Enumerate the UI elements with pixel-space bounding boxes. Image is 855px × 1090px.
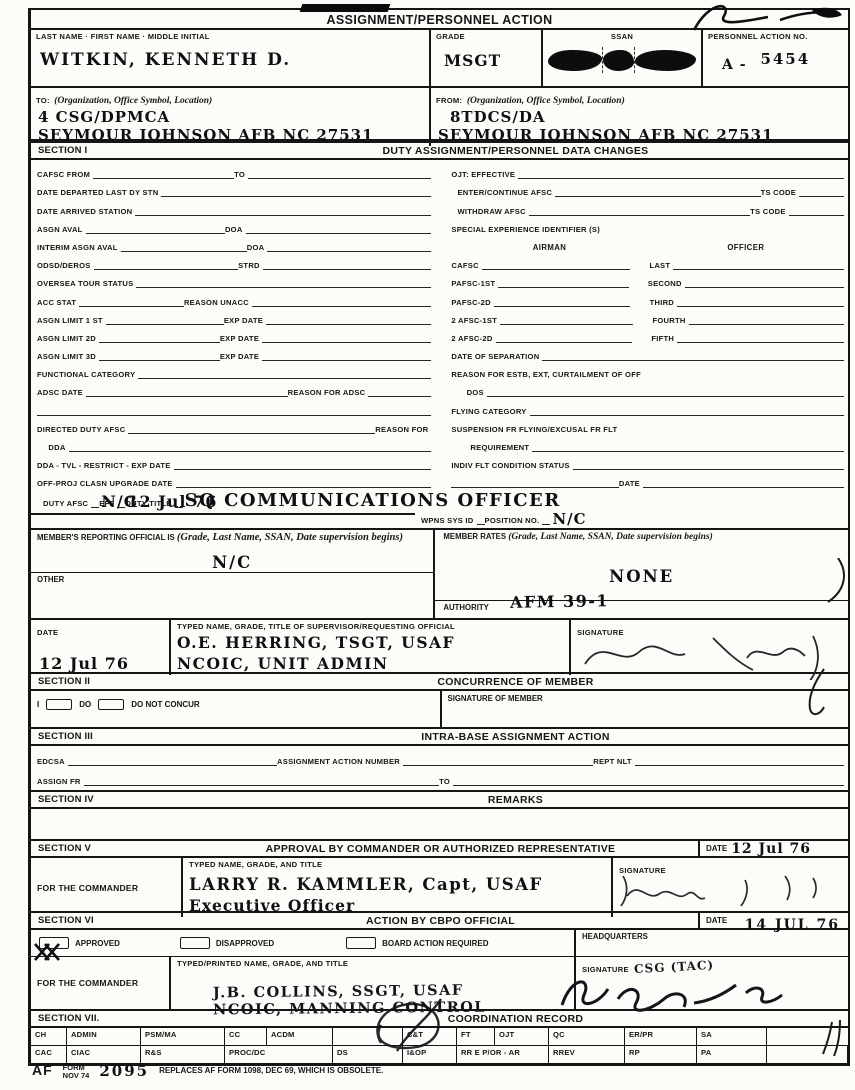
supervisor-name-line1: O.E. HERRING, TSGT, USAF [177, 633, 563, 652]
for-commander-cell: FOR THE COMMANDER [31, 858, 183, 917]
supervisor-signature-cell: SIGNATURE [571, 620, 848, 675]
supervisor-name-label: TYPED NAME, GRADE, TITLE OF SUPERVISOR/R… [177, 622, 563, 631]
field-label: ACC STAT [37, 298, 79, 307]
field-line: DATE [445, 472, 848, 490]
ssan-label: SSAN [548, 32, 696, 41]
form-title: ASSIGNMENT/PERSONNEL ACTION [326, 13, 552, 27]
field-line: DATE ARRIVED STATION [31, 199, 435, 217]
field-blank [673, 269, 844, 270]
field-blank [138, 378, 431, 379]
coordination-cell: RP [625, 1046, 697, 1064]
section4-title: REMARKS [183, 794, 848, 806]
coordination-cell [767, 1028, 848, 1046]
member-rates-label: MEMBER RATES [443, 532, 506, 541]
field-blank [262, 360, 431, 361]
field-line: ASGN AVALDOA [31, 218, 435, 236]
to-from-row: TO: (Organization, Office Symbol, Locati… [31, 88, 848, 141]
supervisor-name-cell: TYPED NAME, GRADE, TITLE OF SUPERVISOR/R… [171, 620, 571, 675]
field-blank [161, 196, 431, 197]
field-blank [555, 196, 760, 197]
concur-options: I DO DO NOT CONCUR [37, 699, 434, 710]
field-label: SPECIAL EXPERIENCE IDENTIFIER (S) [451, 225, 603, 234]
field-label: DATE OF SEPARATION [451, 352, 542, 361]
field-line [31, 399, 435, 417]
field-blank [530, 415, 844, 416]
form-edition-date: NOV 74 [63, 1072, 90, 1080]
supervisor-signature [577, 630, 827, 680]
from-org: 8TDCS/DA [450, 109, 843, 126]
to-cell: TO: (Organization, Office Symbol, Locati… [31, 88, 431, 146]
for-commander-cell: FOR THE COMMANDER [31, 957, 171, 1009]
do-not-concur-label: DO NOT CONCUR [131, 700, 199, 709]
field-line: REASON FOR ESTB, EXT, CURTAILMENT OF OFF [445, 363, 848, 381]
supervisor-date-cell: DATE 12 Jul 76 [31, 620, 171, 675]
field-label: TS CODE [750, 207, 789, 216]
field-label: DDA [37, 443, 69, 452]
field-blank [128, 433, 375, 434]
section5-date-value: 12 Jul 76 [731, 841, 811, 857]
grade-cell: GRADE MSGT [431, 30, 543, 86]
section4-header: SECTION IV REMARKS [31, 790, 848, 809]
personnel-action-no-value: A - 5454 [708, 55, 843, 73]
coordination-cell [333, 1028, 403, 1046]
field-label: DATE ARRIVED STATION [37, 207, 135, 216]
other-label: OTHER [37, 575, 64, 584]
from-label: FROM: [436, 96, 462, 105]
section7-header: SECTION VII. COORDINATION RECORD [31, 1009, 848, 1028]
personnel-action-no-label: PERSONNEL ACTION NO. [708, 32, 843, 41]
field-label: CAFSC FROM [37, 170, 93, 179]
cbpo-signature [546, 969, 846, 1013]
field-label: EXP DATE [220, 352, 262, 361]
coordination-table: CHADMINPSM/MACCACDMC&TFTOJTQCER/PRSACACC… [31, 1028, 848, 1064]
coordination-cell: C&T [403, 1028, 457, 1046]
field-line: SUSPENSION FR FLYING/EXCUSAL FR FLT [445, 418, 848, 436]
section5-title: APPROVAL BY COMMANDER OR AUTHORIZED REPR… [183, 843, 698, 855]
field-blank [267, 251, 431, 252]
field-label: ASSIGNMENT ACTION NUMBER [277, 757, 403, 766]
field-line: 2 AFSC-1STFOURTH [445, 309, 848, 327]
form-footer: AF FORM NOV 74 2095 REPLACES AF FORM 109… [32, 1062, 383, 1080]
field-label: DOS [451, 388, 486, 397]
coordination-cell: RREV [549, 1046, 625, 1064]
field-blank [451, 487, 618, 488]
field-blank [176, 487, 432, 488]
field-blank [482, 269, 630, 270]
cbpo-options: APPROVED DISAPPROVED BOARD ACTION REQUIR… [31, 930, 576, 956]
supervisor-date-value: 12 Jul 76 [39, 654, 129, 673]
coordination-cell: I&OP [403, 1046, 457, 1064]
field-blank [94, 269, 239, 270]
to-location: SEYMOUR JOHNSON AFB NC 27531 [38, 127, 424, 144]
grade-value: MSGT [444, 51, 536, 70]
field-blank: N/C [542, 524, 550, 525]
do-concur-checkbox [46, 699, 72, 710]
date-label: DATE [37, 628, 58, 637]
field-blank [685, 287, 844, 288]
reporting-official-hint: (Grade, Last Name, SSAN, Date supervisio… [177, 532, 403, 543]
field-label: ENTER/CONTINUE AFSC [451, 188, 555, 197]
section5-label: SECTION V [31, 843, 183, 854]
field-label: OVERSEA TOUR STATUS [37, 279, 136, 288]
field-label: ASGN AVAL [37, 225, 86, 234]
field-blank [266, 324, 431, 325]
coordination-cell: PSM/MA [141, 1028, 225, 1046]
grade-label: GRADE [436, 32, 536, 41]
section5-content: FOR THE COMMANDER TYPED NAME, GRADE, AND… [31, 858, 848, 911]
member-rates-cell: MEMBER RATES (Grade, Last Name, SSAN, Da… [435, 530, 848, 600]
field-line: CAFSCLAST [445, 254, 848, 272]
field-blank [498, 287, 628, 288]
member-signature-label: SIGNATURE OF MEMBER [448, 694, 543, 703]
form-number: 2095 [99, 1062, 149, 1080]
field-blank [799, 196, 844, 197]
commander-name-line1: LARRY R. KAMMLER, Capt, USAF [189, 875, 605, 894]
field-blank [789, 215, 844, 216]
cbpo-name-row: FOR THE COMMANDER TYPED/PRINTED NAME, GR… [31, 956, 848, 1009]
field-line: FUNCTIONAL CATEGORY [31, 363, 435, 381]
coordination-cell: ER/PR [625, 1028, 697, 1046]
field-label: INTERIM ASGN AVAL [37, 243, 121, 252]
signature-label: SIGNATURE [577, 628, 624, 637]
field-label: DOA [247, 243, 268, 252]
field-blank: SQ COMMUNICATIONS OFFICER [175, 507, 183, 508]
field-label: REASON FOR [375, 425, 431, 434]
field-line: SPECIAL EXPERIENCE IDENTIFIER (S) [445, 218, 848, 236]
field-blank [68, 765, 277, 766]
field-line: REQUIREMENT [445, 436, 848, 454]
field-blank [248, 178, 431, 179]
field-blank [635, 765, 844, 766]
field-line: DUTY AFSCN/CEFF12 Jul 76DUTY TITLESQ COM… [37, 492, 187, 510]
section7-title: COORDINATION RECORD [183, 1013, 848, 1025]
field-label: REASON UNACC [184, 298, 252, 307]
field-label: ODSD/DEROS [37, 261, 94, 270]
field-blank [99, 360, 220, 361]
field-line: CAFSC FROMTO [31, 163, 435, 181]
field-line: DATE DEPARTED LAST DY STN [31, 181, 435, 199]
concur-i-label: I [37, 700, 39, 709]
ssan-redactions [548, 47, 696, 73]
commander-name-label: TYPED NAME, GRADE, AND TITLE [189, 860, 605, 869]
field-blank [368, 396, 431, 397]
field-blank [487, 396, 844, 397]
field-line: ASSIGN FRTO [31, 768, 848, 788]
field-line: ASGN LIMIT 3DEXP DATE [31, 345, 435, 363]
field-blank [677, 306, 844, 307]
field-line: DDA - TVL - RESTRICT - EXP DATE [31, 454, 435, 472]
section1-label: SECTION I [31, 145, 183, 156]
wpns-row: WPNS SYS IDPOSITION NO.N/C [31, 513, 848, 528]
board-option: BOARD ACTION REQUIRED [346, 937, 488, 949]
redaction-blob [548, 50, 602, 71]
field-blank [573, 469, 844, 470]
section1-left-column: CAFSC FROMTODATE DEPARTED LAST DY STNDAT… [31, 160, 435, 490]
field-blank [106, 324, 224, 325]
field-blank [518, 178, 844, 179]
field-blank: 12 Jul 76 [117, 507, 125, 508]
board-checkbox [346, 937, 376, 949]
field-blank [532, 451, 844, 452]
member-rates-hint: (Grade, Last Name, SSAN, Date supervisio… [508, 532, 713, 542]
member-left: MEMBER'S REPORTING OFFICIAL IS (Grade, L… [31, 530, 435, 618]
field-blank [135, 215, 431, 216]
field-line: ODSD/DEROSSTRD [31, 254, 435, 272]
coordination-cell: SA [697, 1028, 767, 1046]
form-title-row: ASSIGNMENT/PERSONNEL ACTION [31, 10, 848, 30]
field-blank [263, 269, 432, 270]
field-blank [174, 469, 432, 470]
field-blank [529, 215, 750, 216]
member-area: MEMBER'S REPORTING OFFICIAL IS (Grade, L… [31, 528, 848, 618]
personnel-action-no-cell: PERSONNEL ACTION NO. A - 5454 [703, 30, 848, 86]
field-label: DIRECTED DUTY AFSC [37, 425, 128, 434]
field-blank [246, 233, 432, 234]
field-label: 2 AFSC-2D [451, 334, 495, 343]
field-blank [84, 785, 439, 786]
for-commander-label: FOR THE COMMANDER [37, 978, 138, 988]
remarks-box [31, 809, 848, 839]
from-location: SEYMOUR JOHNSON AFB NC 27531 [438, 127, 843, 144]
authority-label: AUTHORITY [443, 603, 488, 612]
authority-value: AFM 39-1 [510, 592, 609, 613]
field-blank [542, 360, 844, 361]
section2-title: CONCURRENCE OF MEMBER [183, 676, 848, 688]
field-label: 2 AFSC-1ST [451, 316, 500, 325]
reporting-official-value: N/C [31, 553, 433, 572]
commander-name-cell: TYPED NAME, GRADE, AND TITLE LARRY R. KA… [183, 858, 613, 917]
field-blank [500, 324, 633, 325]
cbpo-date-stamp: 14 JUL 76 [745, 917, 840, 933]
coordination-cell: QC [549, 1028, 625, 1046]
pan-number: 5454 [760, 50, 810, 68]
field-line: ASGN LIMIT 2DEXP DATE [31, 327, 435, 345]
field-label: REASON FOR ADSC [288, 388, 369, 397]
field-label: STRD [238, 261, 263, 270]
field-line: INTERIM ASGN AVALDOA [31, 236, 435, 254]
field-label: TO [234, 170, 248, 179]
section3-label: SECTION III [31, 731, 183, 742]
disapproved-label: DISAPPROVED [216, 939, 274, 948]
to-org: 4 CSG/DPMCA [38, 109, 424, 126]
redaction-blob [603, 50, 634, 71]
field-label: DATE DEPARTED LAST DY STN [37, 188, 161, 197]
field-label: OFF-PROJ CLASN UPGRADE DATE [37, 479, 176, 488]
field-line: ENTER/CONTINUE AFSCTS CODE [445, 181, 848, 199]
field-label: ASGN LIMIT 3D [37, 352, 99, 361]
cbpo-signature-cell: SIGNATURE CSG (TAC) [576, 957, 848, 1009]
disapproved-checkbox [180, 937, 210, 949]
field-blank [477, 524, 485, 525]
field-line: 2 AFSC-2DFIFTH [445, 327, 848, 345]
section2-label: SECTION II [31, 676, 183, 687]
authority-cell: AUTHORITY AFM 39-1 [435, 600, 848, 618]
rule-spacer [31, 513, 415, 516]
field-line: OVERSEA TOUR STATUS [31, 272, 435, 290]
field-blank [93, 178, 234, 179]
field-line: WITHDRAW AFSCTS CODE [445, 199, 848, 217]
field-label: DDA - TVL - RESTRICT - EXP DATE [37, 461, 174, 470]
scan-ink-smudge [300, 4, 391, 12]
column-heading: AIRMAN [451, 243, 647, 252]
board-label: BOARD ACTION REQUIRED [382, 939, 488, 948]
field-label: REASON FOR ESTB, EXT, CURTAILMENT OF OFF [451, 370, 644, 379]
field-line: DATE OF SEPARATION [445, 345, 848, 363]
section5-date-cell: DATE 12 Jul 76 [698, 841, 848, 856]
field-line: INDIV FLT CONDITION STATUS [445, 454, 848, 472]
field-label: FLYING CATEGORY [451, 407, 529, 416]
section6-date-label: DATE [706, 916, 727, 925]
form-edition: FORM NOV 74 [63, 1064, 90, 1080]
af-form-2095: ASSIGNMENT/PERSONNEL ACTION LAST NAME · … [28, 8, 850, 1066]
field-blank [86, 233, 225, 234]
field-label: TS CODE [761, 188, 800, 197]
field-label: LAST [649, 261, 673, 270]
typed-value: N/C [552, 510, 586, 528]
field-blank [79, 306, 184, 307]
field-label: WPNS SYS ID [421, 516, 477, 525]
field-label: DOA [225, 225, 246, 234]
coordination-cell: CH [31, 1028, 67, 1046]
headquarters-label: HEADQUARTERS [582, 932, 648, 941]
field-label: REPT NLT [593, 757, 635, 766]
to-label: TO: [36, 96, 50, 105]
field-blank [86, 396, 288, 397]
field-label: PAFSC-2D [451, 298, 493, 307]
field-line: OJT: EFFECTIVE [445, 163, 848, 181]
disapproved-option: DISAPPROVED [180, 937, 274, 949]
field-line: ASGN LIMIT 1 STEXP DATE [31, 309, 435, 327]
field-label: FOURTH [652, 316, 688, 325]
field-label: SUSPENSION FR FLYING/EXCUSAL FR FLT [451, 425, 620, 434]
member-right: MEMBER RATES (Grade, Last Name, SSAN, Da… [435, 530, 848, 618]
coordination-cell: ACDM [267, 1028, 333, 1046]
section7-label: SECTION VII. [31, 1013, 183, 1024]
field-blank [496, 342, 633, 343]
field-label: FIFTH [651, 334, 677, 343]
headquarters-cell: HEADQUARTERS 14 JUL 76 [576, 930, 848, 956]
coordination-cell: PA [697, 1046, 767, 1064]
field-label: CAFSC [451, 261, 481, 270]
field-blank [262, 342, 431, 343]
field-label: WITHDRAW AFSC [451, 207, 528, 216]
field-label: ASGN LIMIT 2D [37, 334, 99, 343]
member-signature-cell: SIGNATURE OF MEMBER [440, 691, 849, 727]
field-line: OFF-PROJ CLASN UPGRADE DATE [31, 472, 435, 490]
coordination-cell: ADMIN [67, 1028, 141, 1046]
do-not-concur-checkbox [98, 699, 124, 710]
field-line: DIRECTED DUTY AFSCREASON FOR [31, 418, 435, 436]
section4-label: SECTION IV [31, 794, 183, 805]
field-line: EDCSAASSIGNMENT ACTION NUMBERREPT NLT [31, 748, 848, 768]
field-label: EDCSA [37, 757, 68, 766]
section1-right-column: OJT: EFFECTIVEENTER/CONTINUE AFSCTS CODE… [435, 160, 848, 490]
field-line: WPNS SYS IDPOSITION NO.N/C [415, 509, 554, 527]
csg-tac-stamp: CSG (TAC) [634, 958, 715, 976]
field-blank [252, 306, 431, 307]
field-blank [689, 324, 844, 325]
field-label: REQUIREMENT [451, 443, 532, 452]
section3-lines: EDCSAASSIGNMENT ACTION NUMBERREPT NLTASS… [31, 746, 848, 790]
field-label: EXP DATE [224, 316, 266, 325]
section5-date-label: DATE [706, 844, 727, 853]
cbpo-name-label: TYPED/PRINTED NAME, GRADE, AND TITLE [177, 959, 568, 968]
wpns-line: WPNS SYS IDPOSITION NO.N/C [415, 509, 848, 528]
scanned-form-page: ASSIGNMENT/PERSONNEL ACTION LAST NAME · … [0, 0, 855, 1090]
field-label: POSITION NO. [485, 516, 543, 525]
redaction-blob [635, 50, 696, 71]
cbpo-name-cell: TYPED/PRINTED NAME, GRADE, AND TITLE J.B… [171, 957, 576, 1009]
agency-label: AF [32, 1062, 53, 1078]
section1-title: DUTY ASSIGNMENT/PERSONNEL DATA CHANGES [183, 145, 848, 157]
section5-header: SECTION V APPROVAL BY COMMANDER OR AUTHO… [31, 839, 848, 858]
coordination-cell: CC [225, 1028, 267, 1046]
section1-fields: CAFSC FROMTODATE DEPARTED LAST DY STNDAT… [31, 160, 848, 490]
field-line: ADSC DATEREASON FOR ADSC [31, 381, 435, 399]
field-label: FUNCTIONAL CATEGORY [37, 370, 138, 379]
member-rates-value: NONE [435, 567, 848, 586]
approved-checkbox [39, 937, 69, 949]
cbpo-checkbox-row: APPROVED DISAPPROVED BOARD ACTION REQUIR… [31, 930, 848, 956]
field-label: ASSIGN FR [37, 777, 84, 786]
supervisor-name-line2: NCOIC, UNIT ADMIN [177, 654, 563, 673]
field-label: OJT: EFFECTIVE [451, 170, 518, 179]
field-blank [99, 342, 220, 343]
field-label: ADSC DATE [37, 388, 86, 397]
coordination-cell: OJT [495, 1028, 549, 1046]
field-line: ACC STATREASON UNACC [31, 290, 435, 308]
field-label: PAFSC-1ST [451, 279, 498, 288]
field-blank [494, 306, 631, 307]
field-line: FLYING CATEGORY [445, 399, 848, 417]
field-blank [69, 451, 432, 452]
field-blank [136, 287, 431, 288]
from-hint: (Organization, Office Symbol, Location) [467, 96, 625, 106]
other-cell: OTHER [31, 572, 433, 618]
to-hint: (Organization, Office Symbol, Location) [54, 96, 212, 106]
concur-cell: I DO DO NOT CONCUR [31, 691, 440, 727]
from-cell: FROM: (Organization, Office Symbol, Loca… [431, 88, 848, 146]
signature-label: SIGNATURE [582, 965, 629, 974]
pan-prefix: A - [722, 57, 747, 73]
name-value: WITKIN, KENNETH D. [40, 50, 424, 70]
field-line: PAFSC-1STSECOND [445, 272, 848, 290]
approved-option: APPROVED [39, 937, 120, 949]
approved-label: APPROVED [75, 939, 120, 948]
ssan-cell: SSAN [543, 30, 703, 86]
commander-name-line2: Executive Officer [189, 896, 605, 915]
field-label: TO [439, 777, 453, 786]
field-label: THIRD [650, 298, 677, 307]
field-label: EXP DATE [220, 334, 262, 343]
coordination-cell: FT [457, 1028, 495, 1046]
field-label: ASGN LIMIT 1 ST [37, 316, 106, 325]
section3-header: SECTION III INTRA-BASE ASSIGNMENT ACTION [31, 727, 848, 746]
reporting-official-cell: MEMBER'S REPORTING OFFICIAL IS (Grade, L… [31, 530, 433, 572]
signature-label: SIGNATURE [619, 866, 666, 875]
field-label: DUTY AFSC [43, 499, 91, 508]
field-label: INDIV FLT CONDITION STATUS [451, 461, 572, 470]
typed-value: SQ COMMUNICATIONS OFFICER [185, 490, 561, 511]
reporting-official-label: MEMBER'S REPORTING OFFICIAL IS [37, 533, 175, 542]
field-line: AIRMANOFFICER [445, 236, 848, 254]
field-blank [37, 415, 431, 416]
supervisor-row: DATE 12 Jul 76 TYPED NAME, GRADE, TITLE … [31, 618, 848, 672]
field-blank: N/C [91, 507, 99, 508]
field-blank [643, 487, 844, 488]
field-label: DATE [619, 479, 643, 488]
column-heading: OFFICER [648, 243, 844, 252]
